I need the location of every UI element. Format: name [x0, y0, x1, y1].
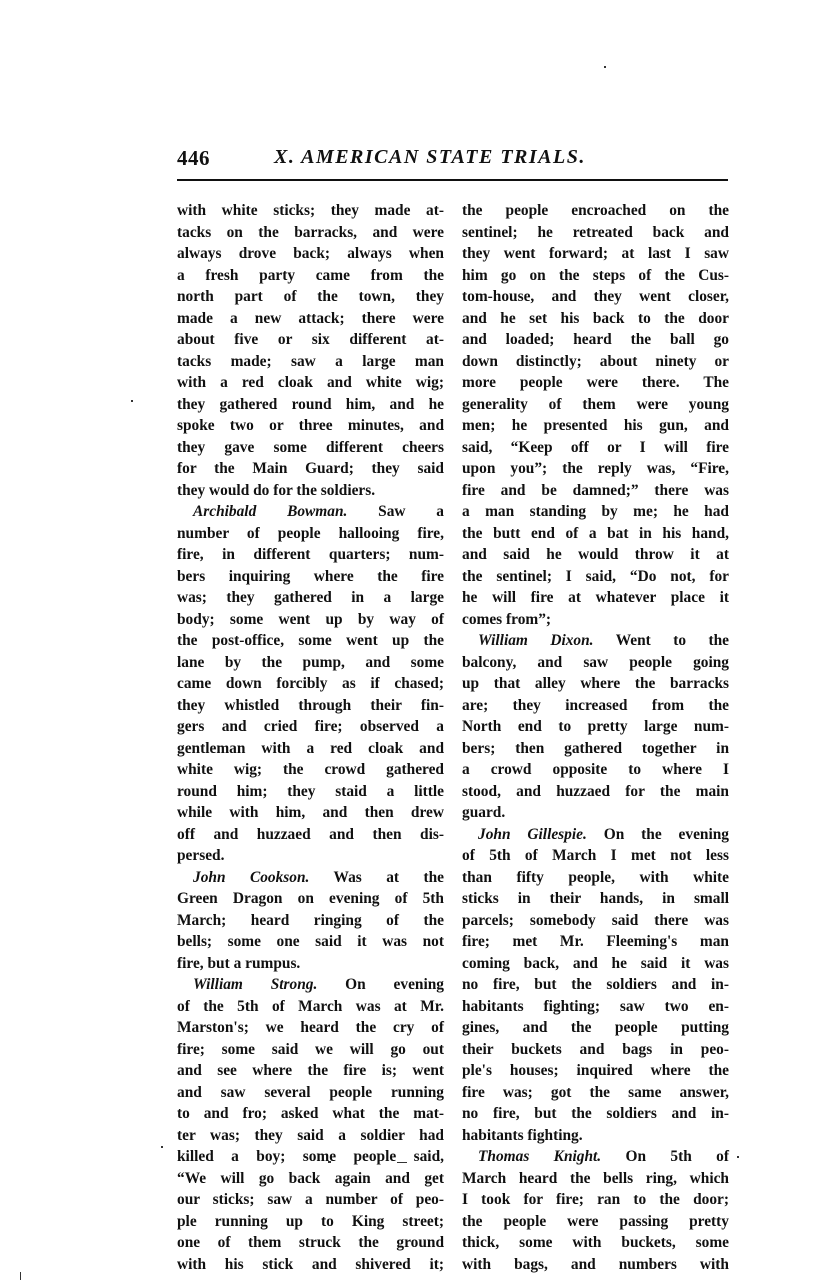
line-text: the butt end of a bat in his hand,	[462, 525, 729, 542]
text-line: him go on the steps of the Cus-	[462, 265, 729, 287]
text-line: of 5th of March I met not less	[462, 845, 729, 867]
line-text: thick, some with buckets, some	[462, 1234, 729, 1251]
line-text: they gave some different cheers	[177, 439, 444, 456]
line-text: guard.	[462, 804, 505, 821]
line-text: March heard the bells ring, which	[462, 1170, 729, 1187]
line-text: bells; some one said it was not	[177, 933, 444, 950]
text-line: no fire, but the soldiers and in-	[462, 1103, 729, 1125]
line-text: him go on the steps of the Cus-	[462, 267, 729, 284]
text-line: guard.	[462, 802, 729, 824]
scan-speck	[604, 66, 606, 68]
line-text: North end to pretty large num-	[462, 718, 729, 735]
line-text: and loaded; heard the ball go	[462, 331, 729, 348]
text-line: North end to pretty large num-	[462, 716, 729, 738]
witness-name: John Gillespie.	[478, 826, 587, 843]
text-line: with a red cloak and white wig;	[177, 372, 444, 394]
line-text: fire; met Mr. Fleeming's man	[462, 933, 729, 950]
line-text: he will fire at whatever place it	[462, 589, 729, 606]
text-line: always drove back; always when	[177, 243, 444, 265]
text-line: with white sticks; they made at-	[177, 200, 444, 222]
text-line: upon you”; the reply was, “Fire,	[462, 458, 729, 480]
left-column: with white sticks; they made at-tacks on…	[177, 200, 444, 1275]
testimony-start-line: Archibald Bowman. Saw a	[177, 501, 444, 523]
line-text: and saw several people running	[177, 1084, 444, 1101]
line-text: generality of them were young	[462, 396, 729, 413]
text-line: habitants fighting.	[462, 1125, 729, 1147]
right-column: the people encroached on thesentinel; he…	[462, 200, 729, 1275]
line-text: said, “Keep off or I will fire	[462, 439, 729, 456]
line-text: Saw a	[347, 503, 444, 520]
text-line: and loaded; heard the ball go	[462, 329, 729, 351]
text-line: they gathered round him, and he	[177, 394, 444, 416]
text-line: fire, but a rumpus.	[177, 953, 444, 975]
text-line: he will fire at whatever place it	[462, 587, 729, 609]
text-line: parcels; somebody said there was	[462, 910, 729, 932]
line-text: they whistled through their fin-	[177, 697, 444, 714]
line-text: their buckets and bags in peo-	[462, 1041, 729, 1058]
text-line: number of people hallooing fire,	[177, 523, 444, 545]
text-line: a fresh party came from the	[177, 265, 444, 287]
line-text: Marston's; we heard the cry of	[177, 1019, 444, 1036]
line-text: ter was; they said a soldier had	[177, 1127, 444, 1144]
line-text: while with him, and then drew	[177, 804, 444, 821]
line-text: are; they increased from the	[462, 697, 729, 714]
text-line: the people encroached on the	[462, 200, 729, 222]
text-line: came down forcibly as if chased;	[177, 673, 444, 695]
line-text: no fire, but the soldiers and in-	[462, 976, 729, 993]
text-line: fire; some said we will go out	[177, 1039, 444, 1061]
text-line: for the Main Guard; they said	[177, 458, 444, 480]
text-line: of the 5th of March was at Mr.	[177, 996, 444, 1018]
text-line: bers; then gathered together in	[462, 738, 729, 760]
text-line: sentinel; he retreated back and	[462, 222, 729, 244]
text-line: fire, in different quarters; num-	[177, 544, 444, 566]
line-text: Green Dragon on evening of 5th	[177, 890, 444, 907]
text-line: fire and be damned;” there was	[462, 480, 729, 502]
text-line: tacks on the barracks, and were	[177, 222, 444, 244]
line-text: tacks on the barracks, and were	[177, 224, 444, 241]
line-text: fire, but a rumpus.	[177, 955, 300, 972]
line-text: with bags, and numbers with	[462, 1256, 729, 1273]
line-text: a crowd opposite to where I	[462, 761, 729, 778]
line-text: down distinctly; about ninety or	[462, 353, 729, 370]
text-line: no fire, but the soldiers and in-	[462, 974, 729, 996]
line-text: and see where the fire is; went	[177, 1062, 444, 1079]
text-line: sticks in their hands, in small	[462, 888, 729, 910]
text-line: the butt end of a bat in his hand,	[462, 523, 729, 545]
line-text: came down forcibly as if chased;	[177, 675, 444, 692]
line-text: fire and be damned;” there was	[462, 482, 729, 499]
text-line: a crowd opposite to where I	[462, 759, 729, 781]
line-text: the sentinel; I said, “Do not, for	[462, 568, 729, 585]
line-text: made a new attack; there were	[177, 310, 444, 327]
line-text: ple's houses; inquired where the	[462, 1062, 729, 1079]
text-line: fire was; got the same answer,	[462, 1082, 729, 1104]
text-line: “We will go back again and get	[177, 1168, 444, 1190]
testimony-start-line: John Gillespie. On the evening	[462, 824, 729, 846]
line-text: fire was; got the same answer,	[462, 1084, 729, 1101]
line-text: of 5th of March I met not less	[462, 847, 729, 864]
line-text: north part of the town, they	[177, 288, 444, 305]
line-text: and said he would throw it at	[462, 546, 729, 563]
line-text: no fire, but the soldiers and in-	[462, 1105, 729, 1122]
testimony-start-line: John Cookson. Was at the	[177, 867, 444, 889]
text-line: balcony, and saw people going	[462, 652, 729, 674]
line-text: stood, and huzzaed for the main	[462, 783, 729, 800]
scan-speck	[397, 1162, 407, 1163]
line-text: habitants fighting.	[462, 1127, 583, 1144]
page-number: 446	[177, 146, 210, 171]
text-line: I took for fire; ran to the door;	[462, 1189, 729, 1211]
line-text: fire, in different quarters; num-	[177, 546, 444, 563]
line-text: up that alley where the barracks	[462, 675, 729, 692]
text-line: tacks made; saw a large man	[177, 351, 444, 373]
text-line: north part of the town, they	[177, 286, 444, 308]
line-text: gines, and the people putting	[462, 1019, 729, 1036]
text-line: Green Dragon on evening of 5th	[177, 888, 444, 910]
text-line: thick, some with buckets, some	[462, 1232, 729, 1254]
line-text: balcony, and saw people going	[462, 654, 729, 671]
text-line: lane by the pump, and some	[177, 652, 444, 674]
text-line: they would do for the soldiers.	[177, 480, 444, 502]
text-line: gers and cried fire; observed a	[177, 716, 444, 738]
line-text: the people were passing pretty	[462, 1213, 729, 1230]
line-text: I took for fire; ran to the door;	[462, 1191, 729, 1208]
witness-name: Thomas Knight.	[478, 1148, 601, 1165]
text-line: the sentinel; I said, “Do not, for	[462, 566, 729, 588]
line-text: On evening	[317, 976, 444, 993]
text-line: generality of them were young	[462, 394, 729, 416]
text-line: off and huzzaed and then dis-	[177, 824, 444, 846]
line-text: tacks made; saw a large man	[177, 353, 444, 370]
testimony-start-line: William Dixon. Went to the	[462, 630, 729, 652]
testimony-start-line: William Strong. On evening	[177, 974, 444, 996]
text-line: tom-house, and they went closer,	[462, 286, 729, 308]
line-text: On 5th of	[601, 1148, 729, 1165]
witness-name: Archibald Bowman.	[193, 503, 347, 520]
text-line: March; heard ringing of the	[177, 910, 444, 932]
text-line: made a new attack; there were	[177, 308, 444, 330]
line-text: Was at the	[309, 869, 444, 886]
text-line: and he set his back to the door	[462, 308, 729, 330]
witness-name: William Strong.	[193, 976, 317, 993]
text-line: comes from”;	[462, 609, 729, 631]
text-line: ple running up to King street;	[177, 1211, 444, 1233]
text-line: they went forward; at last I saw	[462, 243, 729, 265]
line-text: was; they gathered in a large	[177, 589, 444, 606]
text-line: Marston's; we heard the cry of	[177, 1017, 444, 1039]
text-line: body; some went up by way of	[177, 609, 444, 631]
line-text: for the Main Guard; they said	[177, 460, 444, 477]
text-line: about five or six different at-	[177, 329, 444, 351]
line-text: gentleman with a red cloak and	[177, 740, 444, 757]
text-line: more people were there. The	[462, 372, 729, 394]
line-text: tom-house, and they went closer,	[462, 288, 729, 305]
line-text: the post-office, some went up the	[177, 632, 444, 649]
scan-speck	[131, 400, 133, 402]
line-text: round him; they staid a little	[177, 783, 444, 800]
line-text: men; he presented his gun, and	[462, 417, 729, 434]
text-line: ter was; they said a soldier had	[177, 1125, 444, 1147]
line-text: On the evening	[587, 826, 729, 843]
text-line: one of them struck the ground	[177, 1232, 444, 1254]
text-line: the post-office, some went up the	[177, 630, 444, 652]
text-line: was; they gathered in a large	[177, 587, 444, 609]
text-line: they gave some different cheers	[177, 437, 444, 459]
witness-name: John Cookson.	[193, 869, 309, 886]
text-line: with his stick and shivered it;	[177, 1254, 444, 1276]
text-line: and saw several people running	[177, 1082, 444, 1104]
line-text: “We will go back again and get	[177, 1170, 444, 1187]
line-text: parcels; somebody said there was	[462, 912, 729, 929]
header-rule	[177, 179, 728, 181]
line-text: persed.	[177, 847, 224, 864]
text-line: gines, and the people putting	[462, 1017, 729, 1039]
text-line: said, “Keep off or I will fire	[462, 437, 729, 459]
line-text: the people encroached on the	[462, 202, 729, 219]
text-line: to and fro; asked what the mat-	[177, 1103, 444, 1125]
line-text: they went forward; at last I saw	[462, 245, 729, 262]
text-line: coming back, and he said it was	[462, 953, 729, 975]
line-text: a fresh party came from the	[177, 267, 444, 284]
line-text: number of people hallooing fire,	[177, 525, 444, 542]
line-text: March; heard ringing of the	[177, 912, 444, 929]
line-text: fire; some said we will go out	[177, 1041, 444, 1058]
testimony-start-line: Thomas Knight. On 5th of	[462, 1146, 729, 1168]
text-line: fire; met Mr. Fleeming's man	[462, 931, 729, 953]
line-text: of the 5th of March was at Mr.	[177, 998, 444, 1015]
text-line: our sticks; saw a number of peo-	[177, 1189, 444, 1211]
text-line: persed.	[177, 845, 444, 867]
line-text: about five or six different at-	[177, 331, 444, 348]
text-line: killed a boy; some people said,	[177, 1146, 444, 1168]
line-text: gers and cried fire; observed a	[177, 718, 444, 735]
text-line: March heard the bells ring, which	[462, 1168, 729, 1190]
line-text: Went to the	[594, 632, 729, 649]
witness-name: William Dixon.	[478, 632, 594, 649]
scan-speck	[737, 1156, 739, 1158]
line-text: always drove back; always when	[177, 245, 444, 262]
text-line: bers inquiring where the fire	[177, 566, 444, 588]
text-line: the people were passing pretty	[462, 1211, 729, 1233]
line-text: with his stick and shivered it;	[177, 1256, 444, 1273]
text-line: stood, and huzzaed for the main	[462, 781, 729, 803]
line-text: comes from”;	[462, 611, 551, 628]
text-line: and see where the fire is; went	[177, 1060, 444, 1082]
text-line: with bags, and numbers with	[462, 1254, 729, 1276]
line-text: to and fro; asked what the mat-	[177, 1105, 444, 1122]
scan-speck	[20, 1272, 21, 1280]
line-text: our sticks; saw a number of peo-	[177, 1191, 444, 1208]
text-line: men; he presented his gun, and	[462, 415, 729, 437]
line-text: off and huzzaed and then dis-	[177, 826, 444, 843]
text-line: habitants fighting; saw two en-	[462, 996, 729, 1018]
line-text: coming back, and he said it was	[462, 955, 729, 972]
line-text: with white sticks; they made at-	[177, 202, 444, 219]
text-line: than fifty people, with white	[462, 867, 729, 889]
line-text: spoke two or three minutes, and	[177, 417, 444, 434]
text-line: down distinctly; about ninety or	[462, 351, 729, 373]
text-line: their buckets and bags in peo-	[462, 1039, 729, 1061]
scan-speck	[161, 1146, 163, 1148]
line-text: sticks in their hands, in small	[462, 890, 729, 907]
line-text: white wig; the crowd gathered	[177, 761, 444, 778]
page-header: 446 X. AMERICAN STATE TRIALS.	[177, 146, 728, 176]
text-line: a man standing by me; he had	[462, 501, 729, 523]
line-text: body; some went up by way of	[177, 611, 444, 628]
line-text: bers inquiring where the fire	[177, 568, 444, 585]
text-line: they whistled through their fin-	[177, 695, 444, 717]
line-text: bers; then gathered together in	[462, 740, 729, 757]
line-text: than fifty people, with white	[462, 869, 729, 886]
line-text: a man standing by me; he had	[462, 503, 729, 520]
text-line: and said he would throw it at	[462, 544, 729, 566]
line-text: sentinel; he retreated back and	[462, 224, 729, 241]
text-line: ple's houses; inquired where the	[462, 1060, 729, 1082]
line-text: habitants fighting; saw two en-	[462, 998, 729, 1015]
text-line: up that alley where the barracks	[462, 673, 729, 695]
line-text: ple running up to King street;	[177, 1213, 444, 1230]
line-text: upon you”; the reply was, “Fire,	[462, 460, 729, 477]
text-line: gentleman with a red cloak and	[177, 738, 444, 760]
scan-speck	[328, 1161, 331, 1163]
line-text: lane by the pump, and some	[177, 654, 444, 671]
line-text: and he set his back to the door	[462, 310, 729, 327]
line-text: one of them struck the ground	[177, 1234, 444, 1251]
running-title: X. AMERICAN STATE TRIALS.	[274, 146, 586, 169]
text-line: white wig; the crowd gathered	[177, 759, 444, 781]
line-text: more people were there. The	[462, 374, 729, 391]
line-text: they gathered round him, and he	[177, 396, 444, 413]
line-text: with a red cloak and white wig;	[177, 374, 444, 391]
text-line: while with him, and then drew	[177, 802, 444, 824]
text-line: spoke two or three minutes, and	[177, 415, 444, 437]
text-line: are; they increased from the	[462, 695, 729, 717]
text-line: bells; some one said it was not	[177, 931, 444, 953]
text-line: round him; they staid a little	[177, 781, 444, 803]
line-text: they would do for the soldiers.	[177, 482, 375, 499]
